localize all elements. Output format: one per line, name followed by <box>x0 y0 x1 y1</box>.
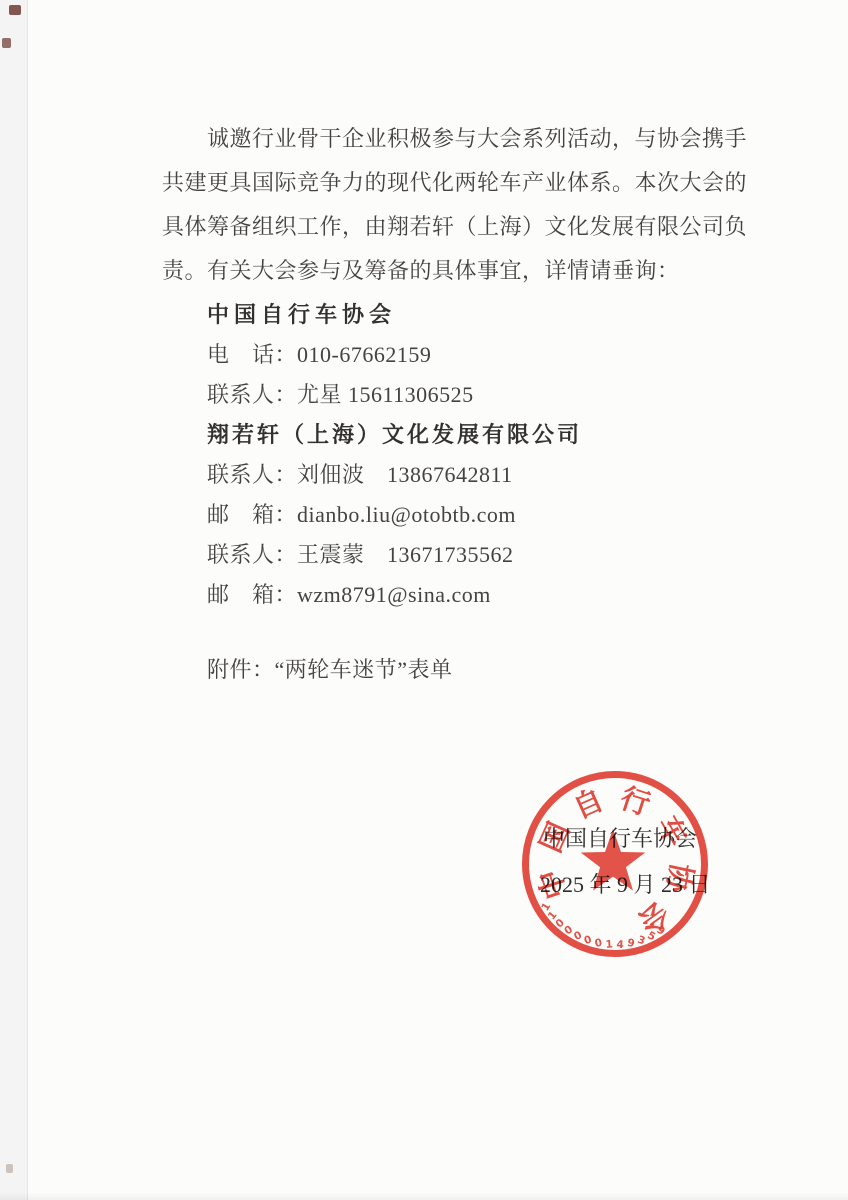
seal-ring-char: 行 <box>616 782 654 822</box>
seal-serial-digit: 0 <box>594 937 604 950</box>
scan-edge-artifact <box>0 0 28 1200</box>
official-seal-graphic: 中国自行车协会1100000149359 <box>497 746 733 982</box>
seal-serial-digit: 4 <box>616 939 624 951</box>
seal-ring-char: 车 <box>650 810 693 852</box>
contact-person: 联系人：王震蒙 13671735562 <box>207 538 514 569</box>
contact-company-name: 翔若轩（上海）文化发展有限公司 <box>207 418 582 449</box>
scanned-letter-page: 诚邀行业骨干企业积极参与大会系列活动，与协会携手 共建更具国际竞争力的现代化两轮… <box>0 0 848 1200</box>
seal-star-icon <box>581 829 646 891</box>
contact-person: 联系人：尤星 15611306525 <box>207 378 474 409</box>
paragraph-line: 责。有关大会参与及筹备的具体事宜，详情请垂询： <box>162 254 680 285</box>
attachment-line: 附件：“两轮车迷节”表单 <box>207 653 453 684</box>
contact-person: 联系人：刘佃波 13867642811 <box>207 458 513 489</box>
paragraph-line: 诚邀行业骨干企业积极参与大会系列活动，与协会携手 <box>207 122 747 153</box>
seal-ring-char: 国 <box>534 817 576 857</box>
official-seal: 中国自行车协会1100000149359 <box>497 746 733 982</box>
paragraph-line: 具体筹备组织工作，由翔若轩（上海）文化发展有限公司负 <box>162 210 747 241</box>
seal-ring-char: 自 <box>568 783 608 825</box>
scan-artifact <box>9 5 21 15</box>
contact-email: 邮 箱：dianbo.liu@otobtb.com <box>207 498 516 529</box>
contact-phone: 电 话：010-67662159 <box>207 338 431 369</box>
scan-artifact <box>2 38 11 48</box>
scan-artifact <box>6 1164 13 1173</box>
contact-email: 邮 箱：wzm8791@sina.com <box>207 578 491 609</box>
paragraph-line: 共建更具国际竞争力的现代化两轮车产业体系。本次大会的 <box>162 166 747 197</box>
seal-ring-char: 中 <box>533 865 573 903</box>
scan-bottom-shadow <box>0 1192 848 1200</box>
seal-serial-digit: 1 <box>605 939 613 951</box>
seal-ring-char: 协 <box>660 860 699 896</box>
contact-org-name: 中国自行车协会 <box>207 298 396 329</box>
